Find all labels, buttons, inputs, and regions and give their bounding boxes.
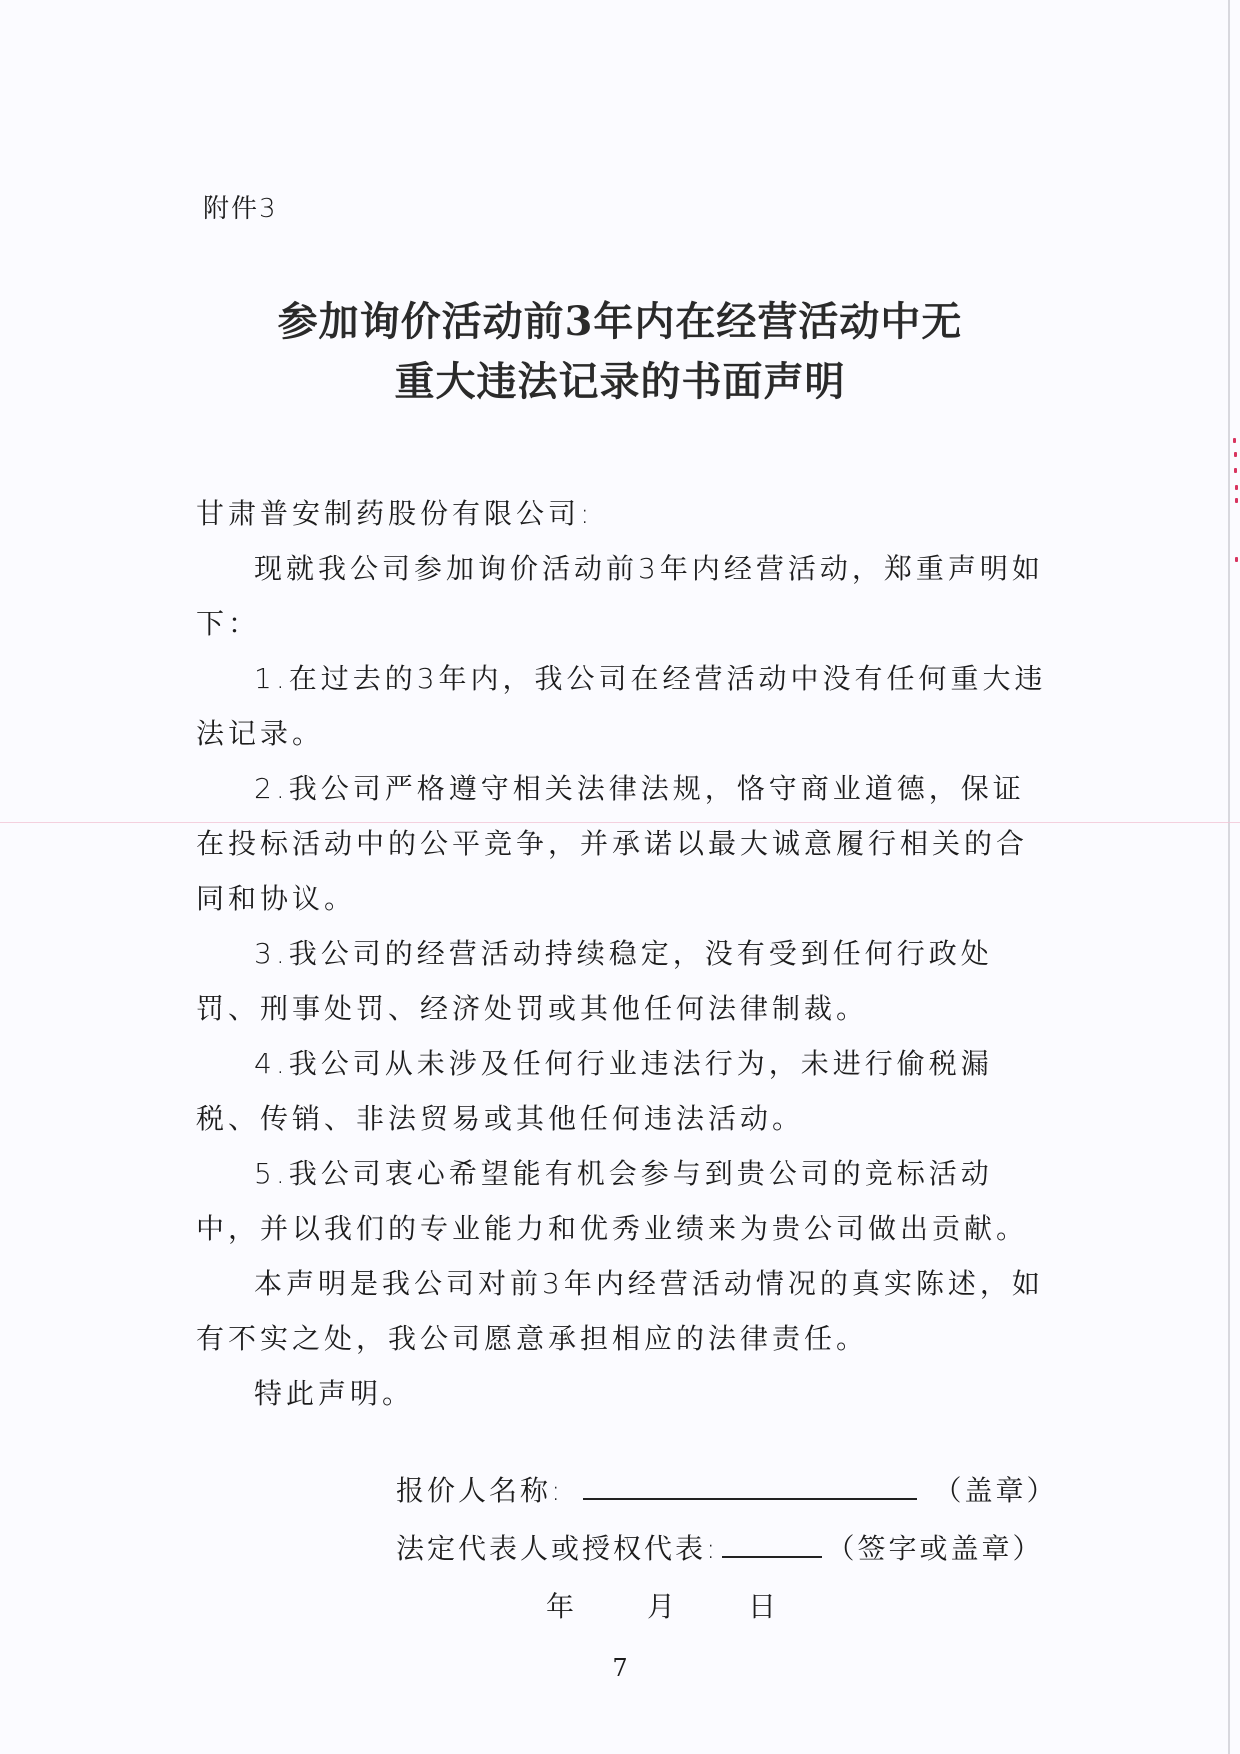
seal-fragment-mark — [1234, 452, 1237, 457]
bidder-name-blank[interactable] — [583, 1468, 917, 1500]
representative-signature-blank[interactable] — [722, 1526, 822, 1558]
representative-row: 法定代表人或授权代表: （签字或盖章） — [396, 1520, 1076, 1578]
bidder-stamp-note: （盖章） — [933, 1462, 1057, 1520]
date-row: 年 月 日 — [396, 1578, 1076, 1636]
declaration-item-1: 1.在过去的3年内，我公司在经营活动中没有任何重大违法记录。 — [196, 651, 1056, 761]
representative-sign-note: （签字或盖章） — [826, 1520, 1043, 1578]
declaration-item-5: 5.我公司衷心希望能有机会参与到贵公司的竞标活动中，并以我们的专业能力和优秀业绩… — [196, 1146, 1056, 1256]
seal-fragment-mark — [1235, 498, 1238, 503]
document-title: 参加询价活动前3年内在经营活动中无 重大违法记录的书面声明 — [0, 292, 1240, 412]
bidder-name-row: 报价人名称: （盖章） — [396, 1462, 1076, 1520]
declaration-item-4: 4.我公司从未涉及任何行业违法行为，未进行偷税漏税、传销、非法贸易或其他任何违法… — [196, 1036, 1056, 1146]
intro-paragraph: 现就我公司参加询价活动前3年内经营活动，郑重声明如下： — [196, 541, 1056, 651]
addressee: 甘肃普安制药股份有限公司: — [196, 486, 1056, 541]
declaration-body: 甘肃普安制药股份有限公司: 现就我公司参加询价活动前3年内经营活动，郑重声明如下… — [196, 486, 1056, 1421]
signature-block: 报价人名称: （盖章） 法定代表人或授权代表: （签字或盖章） 年 月 日 — [396, 1462, 1076, 1636]
date-year: 年 — [546, 1578, 577, 1636]
bidder-name-label: 报价人名称: — [396, 1462, 563, 1520]
seal-fragment-mark — [1235, 485, 1238, 490]
declaration-item-2: 2.我公司严格遵守相关法律法规，恪守商业道德，保证在投标活动中的公平竞争，并承诺… — [196, 761, 1056, 926]
title-line-2: 重大违法记录的书面声明 — [0, 352, 1240, 412]
declaration-item-3: 3.我公司的经营活动持续稳定，没有受到任何行政处罚、刑事处罚、经济处罚或其他任何… — [196, 926, 1056, 1036]
title-line-1: 参加询价活动前3年内在经营活动中无 — [0, 292, 1240, 352]
page-number: 7 — [0, 1654, 1240, 1682]
date-day: 日 — [748, 1578, 779, 1636]
date-month: 月 — [647, 1578, 678, 1636]
representative-label: 法定代表人或授权代表: — [396, 1520, 718, 1578]
page-edge — [1228, 0, 1230, 1754]
seal-fragment-mark — [1234, 468, 1237, 473]
sign-off: 特此声明。 — [196, 1366, 1056, 1421]
document-page: 附件3 参加询价活动前3年内在经营活动中无 重大违法记录的书面声明 甘肃普安制药… — [0, 0, 1240, 1754]
seal-fragment-mark — [1235, 557, 1238, 562]
closing-paragraph: 本声明是我公司对前3年内经营活动情况的真实陈述，如有不实之处，我公司愿意承担相应… — [196, 1256, 1056, 1366]
attachment-label: 附件3 — [203, 188, 278, 225]
seal-fragment-mark — [1233, 438, 1236, 443]
